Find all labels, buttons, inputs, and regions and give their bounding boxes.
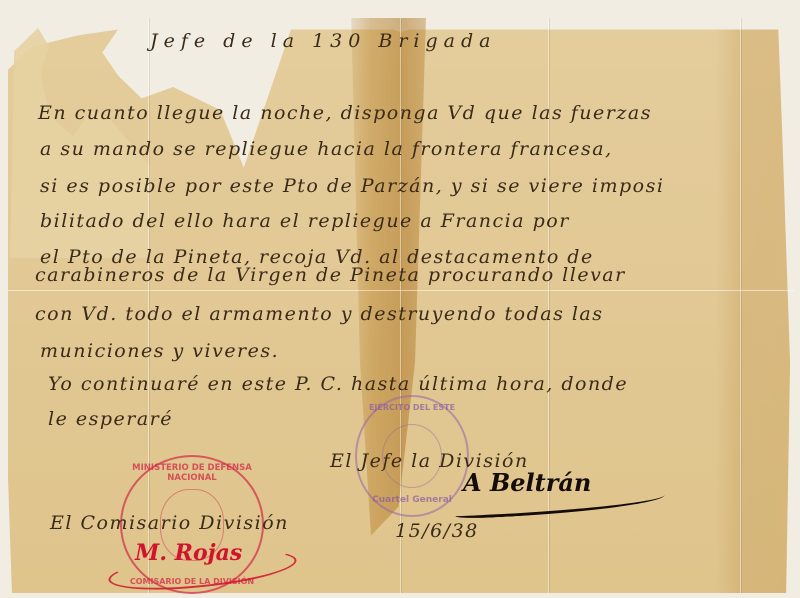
body-line: carabineros de la Virgen de Pineta procu…	[35, 264, 626, 286]
body-line: con Vd. todo el armamento y destruyendo …	[35, 303, 604, 325]
stamp-top-text: EJÉRCITO DEL ESTE	[357, 403, 467, 412]
body-line: a su mando se repliegue hacia la fronter…	[40, 138, 613, 160]
body-line: si es posible por este Pto de Parzán, y …	[40, 175, 664, 197]
date: 15/6/38	[395, 520, 479, 542]
stamp-bottom-text: Cuartel General	[357, 495, 467, 505]
body-line: municiones y viveres.	[40, 340, 279, 362]
stamp-top-text: MINISTERIO DE DEFENSA NACIONAL	[122, 463, 262, 483]
body-line: En cuanto llegue la noche, disponga Vd q…	[38, 102, 652, 124]
body-line: bilitado del ello hara el repliegue a Fr…	[40, 210, 570, 232]
division-chief-signature: A Beltrán	[463, 468, 591, 497]
body-line: le esperaré	[48, 408, 173, 430]
body-line: Yo continuaré en este P. C. hasta última…	[48, 373, 628, 395]
addressee: Jefe de la 130 Brigada	[150, 30, 496, 52]
commissar-label: El Comisario División	[50, 512, 289, 534]
fold-line	[8, 290, 794, 291]
fold-line	[740, 18, 741, 593]
